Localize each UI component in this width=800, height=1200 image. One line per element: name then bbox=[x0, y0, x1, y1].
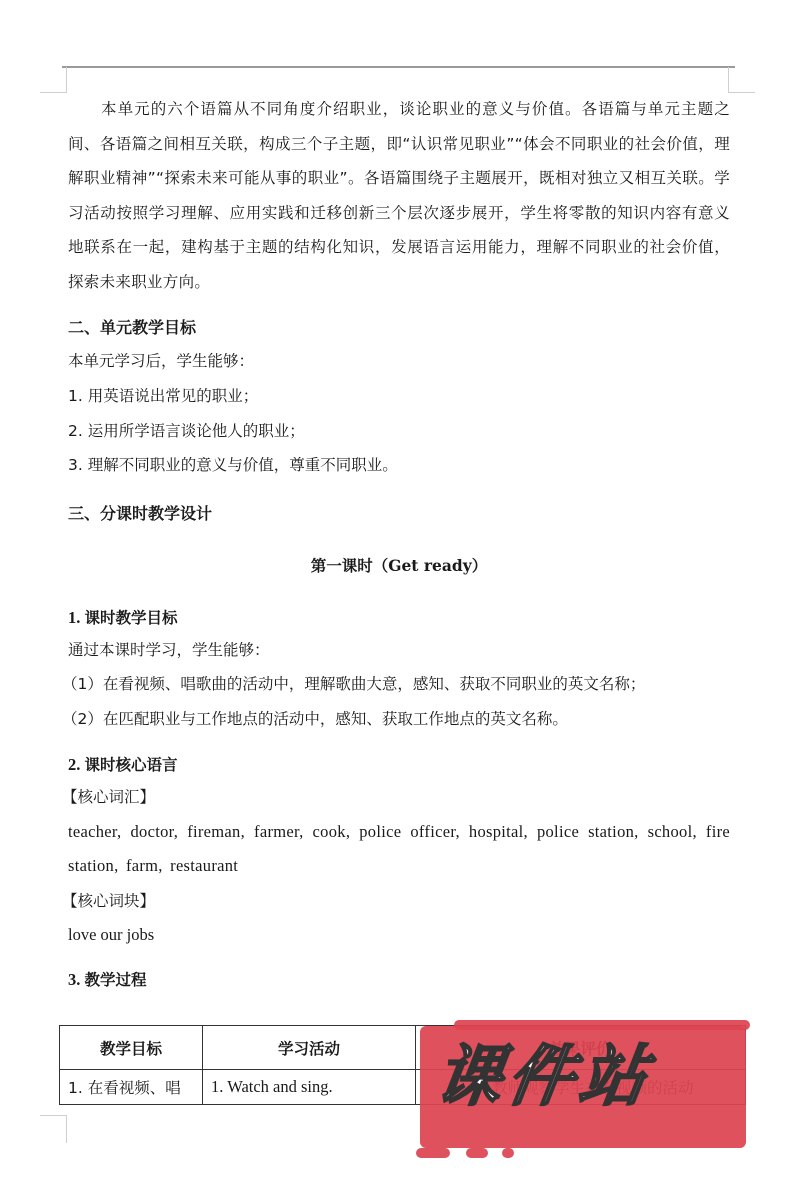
subheading-number: 3. bbox=[68, 970, 80, 989]
subheading-number: 1. bbox=[68, 608, 80, 627]
section-heading-unit-goals: 二、单元教学目标 bbox=[68, 313, 730, 343]
core-chunks-label: 【核心词块】 bbox=[62, 884, 730, 919]
table-cell: 1. 在看视频、唱 bbox=[60, 1070, 203, 1105]
table-header-cell: 效果评价 bbox=[416, 1026, 746, 1070]
page-top-rule bbox=[62, 66, 735, 68]
core-vocab-label: 【核心词汇】 bbox=[62, 780, 730, 815]
lesson-title: 第一课时（Get ready） bbox=[68, 551, 730, 581]
subheading-core-language: 2. 课时核心语言 bbox=[68, 750, 730, 780]
page-corner-mark-bottom-left bbox=[40, 1115, 67, 1143]
objectives-lead: 通过本课时学习，学生能够： bbox=[68, 633, 730, 668]
table-cell: 教师观察学生在看视频的活动 bbox=[416, 1070, 746, 1105]
unit-goal-item: 2. 运用所学语言谈论他人的职业； bbox=[68, 414, 730, 449]
unit-goals-lead: 本单元学习后，学生能够： bbox=[68, 343, 730, 379]
unit-goal-item: 3. 理解不同职业的意义与价值，尊重不同职业。 bbox=[68, 448, 730, 483]
watermark-brush-dot bbox=[466, 1148, 488, 1158]
section-heading-lesson-design: 三、分课时教学设计 bbox=[68, 499, 730, 529]
subheading-number: 2. bbox=[68, 755, 80, 774]
page-corner-mark-top-right bbox=[728, 67, 755, 93]
table-header-row: 教学目标 学习活动 效果评价 bbox=[60, 1026, 746, 1070]
core-chunks-list: love our jobs bbox=[68, 918, 730, 953]
page-corner-mark-top-left bbox=[40, 67, 67, 93]
teaching-process-table: 教学目标 学习活动 效果评价 1. 在看视频、唱 1. Watch and si… bbox=[59, 1025, 746, 1105]
subheading-text: 课时教学目标 bbox=[85, 609, 178, 627]
objective-item: （1）在看视频、唱歌曲的活动中，理解歌曲大意，感知、获取不同职业的英文名称； bbox=[62, 667, 730, 702]
table-header-cell: 学习活动 bbox=[203, 1026, 416, 1070]
unit-goal-item: 1. 用英语说出常见的职业； bbox=[68, 379, 730, 414]
subheading-text: 教学过程 bbox=[85, 971, 147, 989]
table-header-cell: 教学目标 bbox=[60, 1026, 203, 1070]
intro-paragraph: 本单元的六个语篇从不同角度介绍职业，谈论职业的意义与价值。各语篇与单元主题之间、… bbox=[68, 92, 730, 299]
subheading-text: 课时核心语言 bbox=[85, 756, 178, 774]
document-body: 本单元的六个语篇从不同角度介绍职业，谈论职业的意义与价值。各语篇与单元主题之间、… bbox=[68, 92, 730, 995]
core-vocab-list: teacher, doctor, fireman, farmer, cook, … bbox=[68, 815, 730, 884]
watermark-brush-dot bbox=[416, 1148, 450, 1158]
subheading-teaching-process: 3. 教学过程 bbox=[68, 965, 730, 995]
objective-item: （2）在匹配职业与工作地点的活动中，感知、获取工作地点的英文名称。 bbox=[62, 702, 730, 737]
table-row: 1. 在看视频、唱 1. Watch and sing. 教师观察学生在看视频的… bbox=[60, 1070, 746, 1105]
watermark-brush-dot bbox=[502, 1148, 514, 1158]
table-cell: 1. Watch and sing. bbox=[203, 1070, 416, 1105]
subheading-lesson-objectives: 1. 课时教学目标 bbox=[68, 603, 730, 633]
